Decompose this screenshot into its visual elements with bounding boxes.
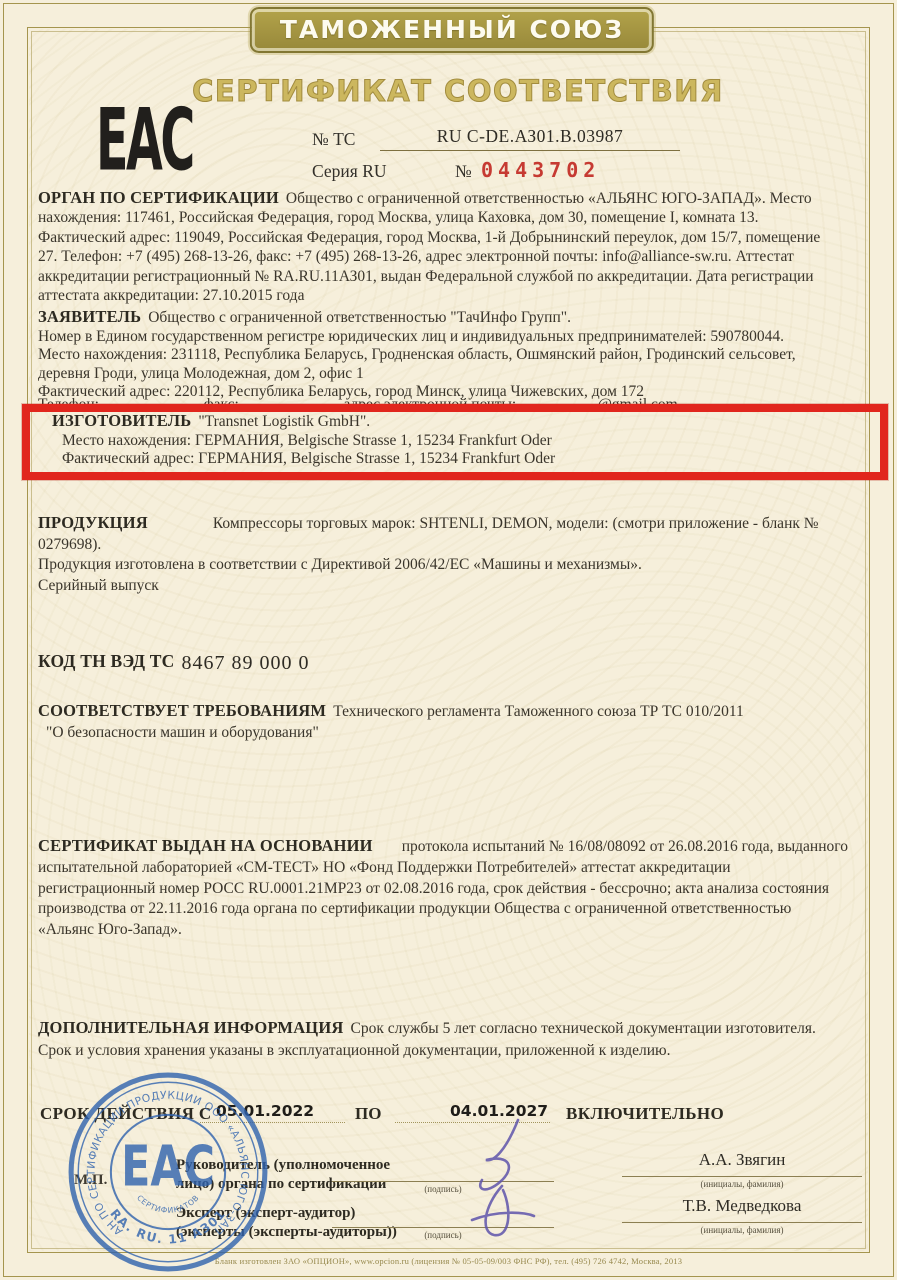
- manufacturer-heading: ИЗГОТОВИТЕЛЬ: [52, 411, 191, 430]
- certification-body-text: аккредитации регистрационный № RA.RU.11А…: [38, 267, 864, 286]
- manufacturer-name: "Transnet Logistik GmbH".: [198, 413, 370, 430]
- additional-info-text: Срок и условия хранения указаны в эксплу…: [38, 1040, 864, 1062]
- basis-text: «Альянс Юго-Запад».: [38, 920, 864, 941]
- name-caption: (инициалы, фамилия): [622, 1179, 862, 1189]
- certification-body-text: 27. Телефон: +7 (495) 268-13-26, факс: +…: [38, 247, 864, 266]
- customs-union-badge: ТАМОЖЕННЫЙ СОЮЗ: [250, 7, 654, 53]
- certification-stamp: ОРГАН ПО СЕРТИФИКАЦИИ ПРОДУКЦИИ ООО «АЛЬ…: [66, 1070, 270, 1274]
- handwritten-signature: [448, 1112, 608, 1262]
- series-number-sign: №: [455, 161, 472, 182]
- section-certification-body: ОРГАН ПО СЕРТИФИКАЦИИОбщество с ограниче…: [38, 188, 864, 305]
- certification-body-text: Общество с ограниченной ответственностью…: [286, 190, 812, 207]
- basis-heading: СЕРТИФИКАТ ВЫДАН НА ОСНОВАНИИ: [38, 836, 373, 855]
- section-manufacturer: ИЗГОТОВИТЕЛЬ"Transnet Logistik GmbH". Ме…: [52, 412, 852, 469]
- certification-body-text: аттестата аккредитации: 27.10.2015 года: [38, 286, 864, 305]
- product-text: Компрессоры торговых марок: SHTENLI, DEM…: [213, 515, 819, 532]
- section-additional-info: ДОПОЛНИТЕЛЬНАЯ ИНФОРМАЦИЯСрок службы 5 л…: [38, 1017, 864, 1062]
- head-signatory-name: А.А. Звягин: [622, 1150, 862, 1170]
- basis-text: испытательной лабораторией «СМ-ТЕСТ» НО …: [38, 858, 864, 879]
- basis-text: регистрационный номер РОСС RU.0001.21МР2…: [38, 879, 864, 900]
- applicant-text: Место нахождения: 231118, Республика Бел…: [38, 346, 864, 365]
- eac-mark-icon: EAC: [96, 97, 193, 183]
- customs-union-badge-label: ТАМОЖЕННЫЙ СОЮЗ: [280, 15, 624, 44]
- series-label: Серия RU: [312, 161, 387, 182]
- cert-number-label: № ТС: [312, 129, 355, 150]
- name-line: [622, 1176, 862, 1177]
- validity-to-label: ПО: [355, 1104, 381, 1124]
- name-line: [622, 1222, 862, 1223]
- compliance-heading: СООТВЕТСТВУЕТ ТРЕБОВАНИЯМ: [38, 701, 326, 720]
- section-basis: СЕРТИФИКАТ ВЫДАН НА ОСНОВАНИИпротокола и…: [38, 836, 864, 941]
- basis-text: протокола испытаний № 16/08/08092 от 26.…: [402, 838, 848, 855]
- applicant-name: Общество с ограниченной ответственностью…: [148, 309, 571, 326]
- certificate-page: ТАМОЖЕННЫЙ СОЮЗ EAC СЕРТИФИКАТ СООТВЕТСТ…: [0, 0, 897, 1280]
- compliance-text: Технического регламента Таможенного союз…: [333, 703, 744, 720]
- section-product: ПРОДУКЦИЯКомпрессоры торговых марок: SHT…: [38, 513, 864, 596]
- customs-code-value: 8467 89 000 0: [181, 652, 309, 674]
- applicant-text: Номер в Едином государственном регистре …: [38, 328, 864, 347]
- applicant-heading: ЗАЯВИТЕЛЬ: [38, 307, 141, 326]
- certificate-title: СЕРТИФИКАТ СООТВЕТСТВИЯ: [192, 74, 724, 108]
- manufacturer-address: Фактический адрес: ГЕРМАНИЯ, Belgische S…: [52, 450, 852, 469]
- product-text: Серийный выпуск: [38, 576, 864, 597]
- additional-info-text: Срок службы 5 лет согласно технической д…: [351, 1020, 816, 1037]
- additional-info-heading: ДОПОЛНИТЕЛЬНАЯ ИНФОРМАЦИЯ: [38, 1018, 344, 1037]
- section-customs-code: КОД ТН ВЭД ТС8467 89 000 0: [38, 650, 864, 673]
- cert-number-value: RU C-DE.АЗ01.B.03987: [380, 126, 680, 151]
- compliance-text: "О безопасности машин и оборудования": [38, 722, 864, 743]
- section-applicant: ЗАЯВИТЕЛЬОбщество с ограниченной ответст…: [38, 308, 864, 402]
- product-text: Продукция изготовлена в соответствии с Д…: [38, 555, 864, 576]
- section-compliance: СООТВЕТСТВУЕТ ТРЕБОВАНИЯМТехнического ре…: [38, 700, 864, 743]
- certification-body-text: нахождения: 117461, Российская Федерация…: [38, 208, 864, 227]
- certification-body-heading: ОРГАН ПО СЕРТИФИКАЦИИ: [38, 188, 279, 207]
- certification-body-text: Фактический адрес: 119049, Российская Фе…: [38, 228, 864, 247]
- stamp-eac-mark: ЕАС: [121, 1134, 215, 1199]
- product-heading: ПРОДУКЦИЯ: [38, 513, 148, 532]
- basis-text: производства от 22.11.2016 года органа п…: [38, 899, 864, 920]
- expert-name: Т.В. Медведкова: [622, 1196, 862, 1216]
- product-text: 0279698).: [38, 535, 864, 556]
- name-caption: (инициалы, фамилия): [622, 1225, 862, 1235]
- applicant-text: деревня Гроди, улица Молодежная, дом 2, …: [38, 365, 864, 384]
- series-number-value: 0443702: [481, 158, 600, 182]
- manufacturer-location: Место нахождения: ГЕРМАНИЯ, Belgische St…: [52, 432, 852, 451]
- customs-code-label: КОД ТН ВЭД ТС: [38, 651, 174, 671]
